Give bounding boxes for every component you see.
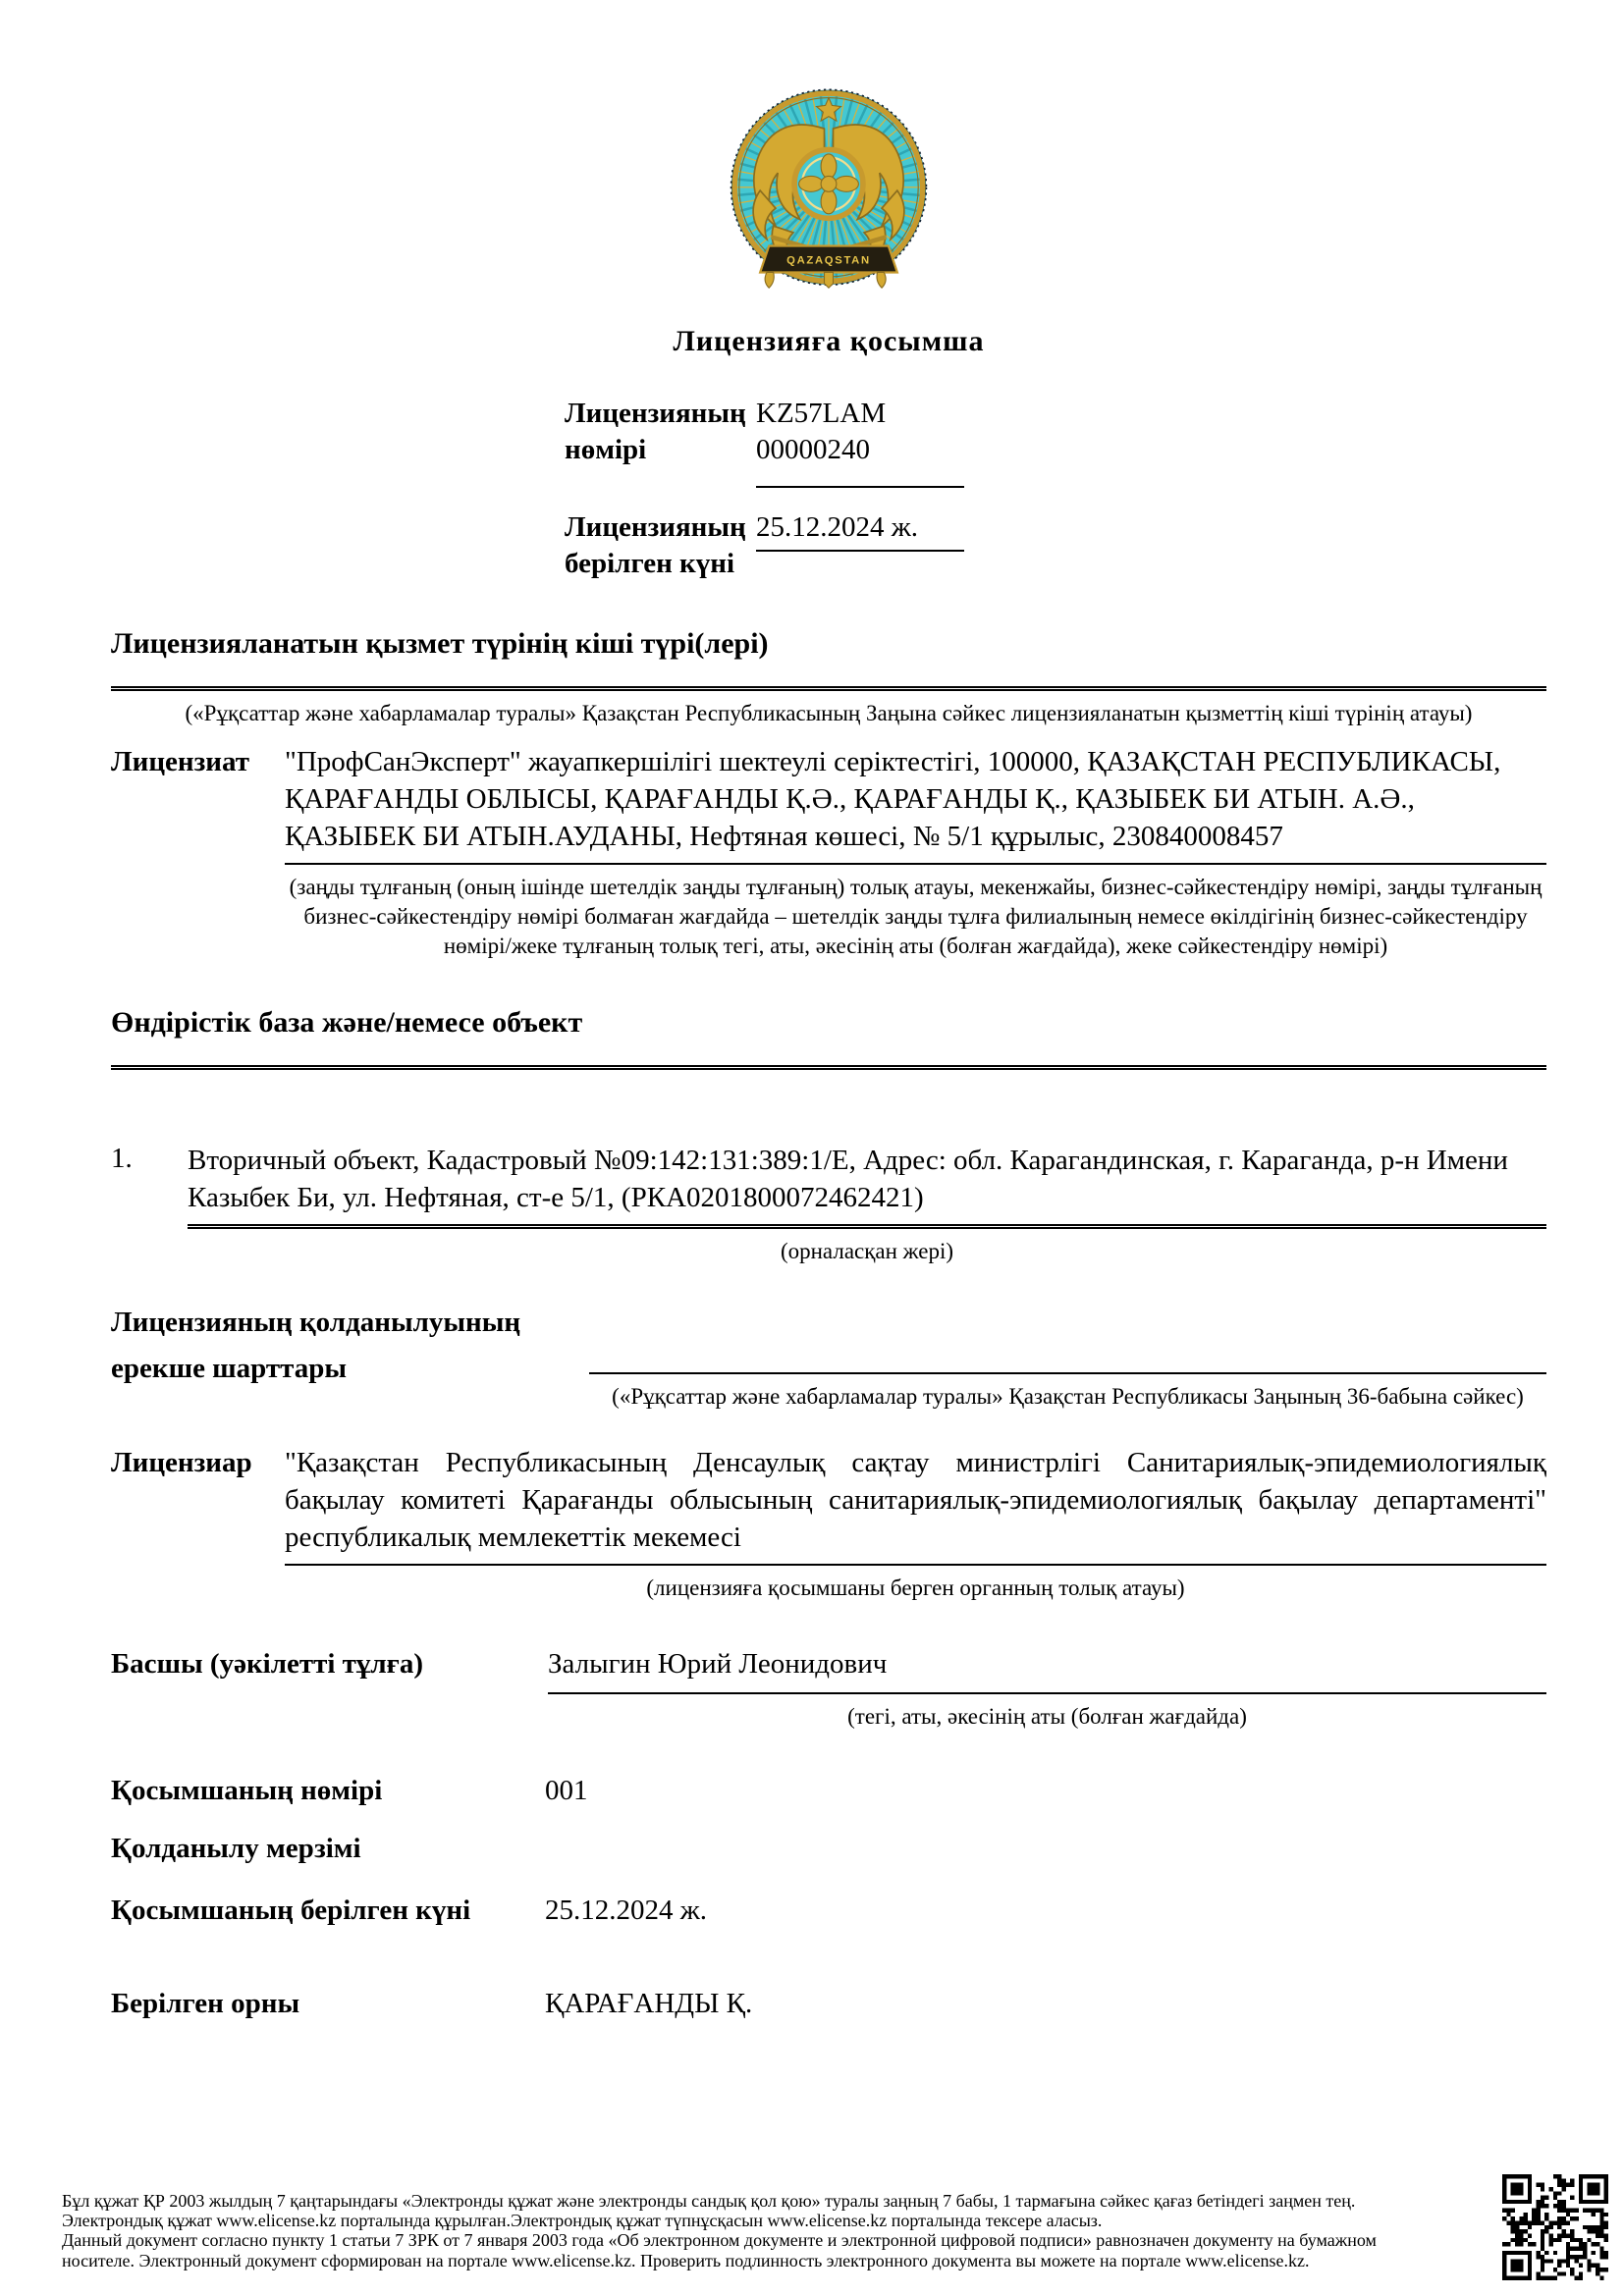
licensor-caption: (лицензияға қосымшаны берген органның то… (285, 1574, 1546, 1603)
emblem-banner: QAZAQSTAN (760, 245, 897, 272)
licensee-label: Лицензиат (111, 744, 285, 865)
page-content: QAZAQSTAN Лицензияға қосымша Лицензияның… (0, 0, 1624, 2020)
object-caption: (орналасқан жері) (188, 1237, 1546, 1266)
page-title: Лицензияға қосымша (111, 325, 1546, 358)
head-person-label: Басшы (уәкілетті тұлға) (111, 1648, 548, 1694)
subtype-rule (111, 686, 1546, 691)
appendix-date-value: 25.12.2024 ж. (545, 1895, 707, 1927)
kazakhstan-emblem-icon: QAZAQSTAN (718, 84, 940, 294)
appendix-date-label: Қосымшаның берілген күні (111, 1895, 545, 1927)
appendix-term-label: Қолданылу мерзімі (111, 1833, 545, 1865)
appendix-term-row: Қолданылу мерзімі (111, 1833, 1546, 1865)
license-date-value: 25.12.2024 ж. (756, 509, 964, 552)
special-conditions-label: Лицензияның қолданылуының ерекше шарттар… (111, 1300, 533, 1412)
license-appendix-page: QAZAQSTAN Лицензияға қосымша Лицензияның… (0, 0, 1624, 2296)
license-number-value: KZ57LAM 00000240 (756, 396, 964, 488)
head-person-value: Залыгин Юрий Леонидович (548, 1648, 1546, 1694)
qr-code (1500, 2174, 1610, 2280)
license-number-label: Лицензияның нөмірі (565, 396, 756, 468)
licensee-value: "ПрофСанЭксперт" жауапкершілігі шектеулі… (285, 744, 1546, 865)
footer-line: Бұл құжат ҚР 2003 жылдың 7 қаңтарындағы … (62, 2191, 1486, 2211)
special-conditions-field: («Рұқсаттар және хабарламалар туралы» Қа… (589, 1300, 1546, 1412)
footer-line: Данный документ согласно пункту 1 статьи… (62, 2230, 1486, 2250)
production-heading: Өндірістік база және/немесе объект (111, 1006, 1546, 1040)
appendix-number-row: Қосымшаның нөмірі 001 (111, 1775, 1546, 1807)
licensee-row: Лицензиат "ПрофСанЭксперт" жауапкершіліг… (111, 744, 1546, 865)
head-person-caption: (тегі, аты, әкесінің аты (болған жағдайд… (548, 1702, 1546, 1732)
head-person-row: Басшы (уәкілетті тұлға) Залыгин Юрий Лео… (111, 1648, 1546, 1694)
object-item: 1. Вторичный объект, Кадастровый №09:142… (111, 1143, 1546, 1266)
appendix-place-label: Берілген орны (111, 1988, 545, 2020)
emblem-banner-text: QAZAQSTAN (786, 254, 871, 266)
license-date-label: Лицензияның берілген күні (565, 509, 756, 582)
appendix-date-row: Қосымшаның берілген күні 25.12.2024 ж. (111, 1895, 1546, 1927)
appendix-number-label: Қосымшаның нөмірі (111, 1775, 545, 1807)
appendix-place-value: ҚАРАҒАНДЫ Қ. (545, 1988, 752, 2020)
emblem-container: QAZAQSTAN (111, 0, 1546, 299)
special-conditions-line (589, 1372, 1546, 1374)
object-item-body: Вторичный объект, Кадастровый №09:142:13… (188, 1143, 1546, 1266)
legal-footer: Бұл құжат ҚР 2003 жылдың 7 қаңтарындағы … (62, 2191, 1486, 2270)
emblem-shanyrak (794, 149, 863, 218)
subtype-heading: Лицензияланатын қызмет түрінің кіші түрі… (111, 627, 1546, 661)
appendix-place-row: Берілген орны ҚАРАҒАНДЫ Қ. (111, 1988, 1546, 2020)
license-date-row: Лицензияның берілген күні 25.12.2024 ж. (565, 509, 1546, 582)
special-conditions-caption: («Рұқсаттар және хабарламалар туралы» Қа… (589, 1382, 1546, 1412)
object-item-number: 1. (111, 1143, 188, 1266)
appendix-number-value: 001 (545, 1775, 588, 1807)
footer-line: Электрондық құжат www.elicense.kz портал… (62, 2211, 1486, 2230)
footer-line: носителе. Электронный документ сформиров… (62, 2251, 1486, 2270)
licensor-row: Лицензиар "Қазақстан Республикасының Ден… (111, 1445, 1546, 1566)
licensor-label: Лицензиар (111, 1445, 285, 1566)
special-conditions-row: Лицензияның қолданылуының ерекше шарттар… (111, 1300, 1546, 1412)
subtype-caption: («Рұқсаттар және хабарламалар туралы» Қа… (111, 699, 1546, 728)
license-number-row: Лицензияның нөмірі KZ57LAM 00000240 (565, 396, 1546, 488)
licensor-value: "Қазақстан Республикасының Денсаулық сақ… (285, 1445, 1546, 1566)
top-fields: Лицензияның нөмірі KZ57LAM 00000240 Лице… (565, 396, 1546, 582)
licensee-caption: (заңды тұлғаның (оның ішінде шетелдік за… (285, 873, 1546, 961)
object-item-text: Вторичный объект, Кадастровый №09:142:13… (188, 1143, 1546, 1229)
production-rule (111, 1065, 1546, 1070)
